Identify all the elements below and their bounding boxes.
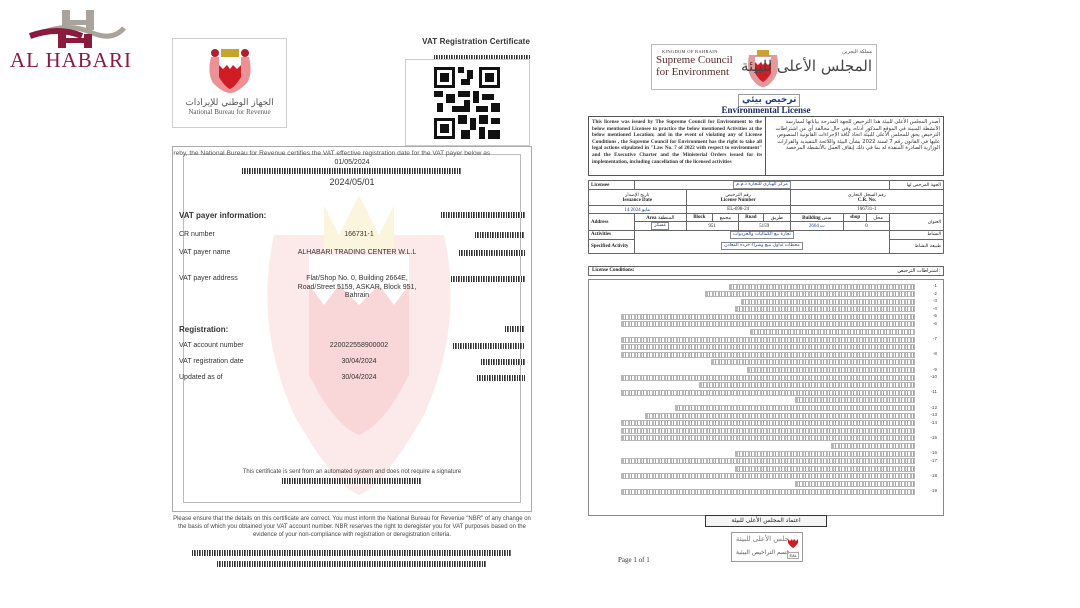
building-label-ar: مبنى (822, 216, 832, 221)
bahrain-coat-of-arms-icon (205, 43, 255, 95)
condition-item: -15 (599, 435, 939, 443)
condition-text (729, 284, 915, 290)
automated-note-ar (173, 477, 531, 487)
condition-text (621, 344, 915, 350)
licensee-value: مركز الهباري للتجارة ذ.م.م (733, 181, 790, 189)
area-label: Area (646, 216, 656, 221)
license-intro-en: This license was issued by The Supreme C… (592, 119, 762, 165)
licensing-stamp: المجلس الأعلى للبيئة قسم التراخيص البيئي… (731, 532, 803, 562)
condition-text (621, 375, 915, 381)
condition-item (599, 329, 939, 337)
condition-text (621, 435, 915, 441)
condition-text (675, 405, 915, 411)
council-name-ar: المجلس الأعلى للبيئة (741, 55, 872, 77)
vat-registration-certificate: الجهاز الوطني للإيرادات National Bureau … (170, 36, 534, 576)
condition-number: -3 (933, 298, 937, 303)
council-name-line1: Supreme Council (656, 54, 733, 66)
payer-info-heading: VAT payer information: (179, 211, 266, 220)
condition-item: -4 (599, 306, 939, 314)
condition-text (621, 458, 915, 464)
license-intro-ar: أصدر المجلس الأعلى للبيئة هذا الترخيص لل… (768, 119, 940, 152)
condition-text (645, 413, 915, 419)
license-intro: This license was issued by The Supreme C… (588, 116, 944, 176)
specified-activity-label-ar: طبيعة النشاط (890, 239, 944, 253)
effective-date: 01/05/2024 (173, 158, 531, 167)
page-number: Page 1 of 1 (618, 556, 650, 564)
condition-item: -18 (599, 473, 939, 481)
building-label: Building (802, 216, 820, 221)
al-habari-logo: AL HABARI (6, 8, 156, 68)
condition-number: -1 (933, 283, 937, 288)
qr-code (405, 59, 530, 146)
condition-text (621, 473, 915, 479)
condition-text (621, 337, 915, 343)
road-label: Road (745, 215, 756, 220)
condition-number: -19 (930, 488, 937, 493)
specified-activity-value: محطات تداول تبيع وشراء خردة المعادن (721, 242, 802, 250)
condition-item: -7 (599, 336, 939, 344)
condition-number: -13 (930, 412, 937, 417)
activities-label-ar: النشاط (890, 231, 944, 240)
environmental-license: KINGDOM OF BAHRAIN Supreme Council for E… (588, 44, 944, 574)
license-details-table: Licensee مركز الهباري للتجارة ذ.م.م الجه… (588, 180, 944, 254)
condition-item: -2 (599, 291, 939, 299)
nbr-name-ar: الجهاز الوطني للإيرادات (173, 98, 286, 108)
condition-item: -5 (599, 313, 939, 321)
condition-number: -11 (931, 389, 937, 394)
condition-text (735, 451, 915, 457)
condition-number: -5 (933, 313, 937, 318)
condition-item (599, 480, 939, 488)
certificate-disclaimer: Please ensure that the details on this c… (170, 515, 534, 539)
condition-item: -12 (599, 405, 939, 413)
condition-text (621, 352, 915, 358)
approval-label: اعتماد المجلس الأعلى للبيئة (705, 515, 827, 527)
condition-number: -16 (930, 450, 937, 455)
activities-label: Activities (589, 231, 635, 240)
qr-code-icon (434, 67, 500, 139)
condition-number: -7 (933, 336, 937, 341)
condition-item: -13 (599, 412, 939, 420)
registration-heading: Registration: (179, 325, 228, 334)
condition-item: -3 (599, 298, 939, 306)
condition-item: -9 (599, 367, 939, 375)
licensee-label: Licensee (589, 181, 635, 190)
license-number-value: EL-698-24 (686, 206, 790, 214)
activities-value: تجارة بيع الكماليات والخردوات (730, 231, 794, 239)
condition-item (599, 397, 939, 405)
area-value: عسكر (651, 222, 669, 230)
field-payer-address: VAT payer address Flat/Shop No. 0, Build… (179, 275, 525, 289)
road-value: 5159 (738, 222, 790, 231)
specified-activity-label: Specified Activity (589, 239, 635, 253)
condition-text (621, 428, 915, 434)
condition-item: -19 (599, 488, 939, 496)
condition-number: -18 (930, 473, 937, 478)
condition-item: -10 (599, 374, 939, 382)
issuance-date-label: Issuance Date (622, 198, 652, 203)
automated-note: This certificate is sent from an automat… (173, 467, 531, 477)
condition-text (795, 397, 915, 403)
condition-item: -1 (599, 283, 939, 291)
condition-text (735, 306, 915, 312)
payer-info-heading-ar (441, 212, 525, 219)
licensee-label-ar: الجهة المرخص لها (890, 181, 944, 190)
field-updated-as-of: Updated as of 30/04/2024 (179, 374, 525, 388)
condition-text (621, 390, 915, 396)
condition-text (747, 367, 915, 373)
condition-item (599, 359, 939, 367)
shop-label-ar: محل (867, 214, 890, 222)
license-title: Environmental License (588, 105, 944, 115)
certificate-body: Hereby, the National Bureau for Revenue … (172, 146, 532, 512)
certify-text: Hereby, the National Bureau for Revenue … (172, 149, 531, 158)
stamp-crest-icon (787, 535, 799, 549)
conditions-heading: License Conditions: اشتراطات الترخيص: (588, 266, 944, 276)
address-label-ar: العنوان (890, 214, 944, 231)
block-value: 951 (686, 222, 738, 231)
condition-item: -6 (599, 321, 939, 329)
condition-number: -8 (933, 351, 937, 356)
conditions-list: -1-2-3-4-5-6-7-8-9-10-11-12-13-14-15-16-… (588, 279, 944, 516)
condition-text (735, 466, 915, 472)
area-label-ar: المنطقة (658, 216, 675, 221)
condition-text (795, 481, 915, 487)
condition-text (831, 443, 915, 449)
condition-number: -6 (933, 321, 937, 326)
condition-item (599, 382, 939, 390)
condition-item: -11 (599, 389, 939, 397)
nbr-name-en: National Bureau for Revenue (173, 108, 286, 116)
condition-text (621, 489, 915, 495)
field-vat-account-number: VAT account number 220022558900002 (179, 342, 525, 356)
certify-text-ar (173, 167, 531, 176)
condition-number: -14 (930, 420, 937, 425)
condition-number: -9 (933, 367, 937, 372)
condition-item (599, 344, 939, 352)
certificate-title: VAT Registration Certificate (422, 37, 530, 46)
cr-number-label: C.R. No. (858, 198, 876, 203)
conditions-heading-ar: اشتراطات الترخيص: (897, 268, 940, 274)
stamp-code: EAL (787, 552, 799, 559)
condition-item: -8 (599, 351, 939, 359)
condition-item: -17 (599, 458, 939, 466)
condition-number: -17 (930, 458, 937, 463)
condition-text (711, 359, 915, 365)
sce-header-logo: KINGDOM OF BAHRAIN Supreme Council for E… (651, 44, 877, 90)
nbr-logo: الجهاز الوطني للإيرادات National Bureau … (172, 38, 287, 128)
condition-item (599, 465, 939, 473)
field-cr-number: CR number 166731-1 (179, 231, 525, 245)
shop-value: 0 (844, 222, 890, 231)
license-number-label: License Number (721, 198, 756, 203)
condition-text (621, 314, 915, 320)
condition-item (599, 442, 939, 450)
condition-text (621, 321, 915, 327)
address-label: Address (589, 214, 635, 231)
field-vat-registration-date: VAT registration date 30/04/2024 (179, 358, 525, 372)
condition-text (741, 299, 915, 305)
condition-number: -10 (930, 374, 937, 379)
building-value: 2664 ت (790, 222, 843, 231)
issuance-date-value: 14 مايو 2024 (589, 206, 687, 214)
council-name-line2: for Environment (656, 66, 733, 78)
stamp-section-name: قسم التراخيص البيئية (736, 549, 789, 556)
block-label-ar: مجمع (713, 214, 738, 222)
condition-item: -16 (599, 450, 939, 458)
condition-number: -2 (933, 291, 937, 296)
al-habari-emblem-icon (28, 8, 128, 48)
shop-label: shop (850, 215, 860, 220)
field-payer-name: VAT payer name ALHABARI TRADING CENTER W… (179, 249, 525, 263)
condition-item: -14 (599, 420, 939, 428)
condition-text (705, 291, 915, 297)
brand-name: AL HABARI (10, 48, 160, 73)
condition-number: -15 (930, 435, 937, 440)
effective-date-ar: 2024/05/01 (173, 178, 531, 187)
condition-number: -12 (930, 405, 937, 410)
block-label: Block (693, 215, 705, 220)
condition-number: -4 (933, 306, 937, 311)
road-label-ar: طريق (763, 214, 790, 222)
certificate-disclaimer-ar (170, 547, 534, 569)
conditions-heading-en: License Conditions: (592, 268, 634, 273)
condition-text (621, 420, 915, 426)
condition-text (699, 382, 915, 388)
condition-item (599, 427, 939, 435)
cr-number-value: 166731-1 (790, 206, 943, 214)
condition-text (750, 329, 915, 335)
